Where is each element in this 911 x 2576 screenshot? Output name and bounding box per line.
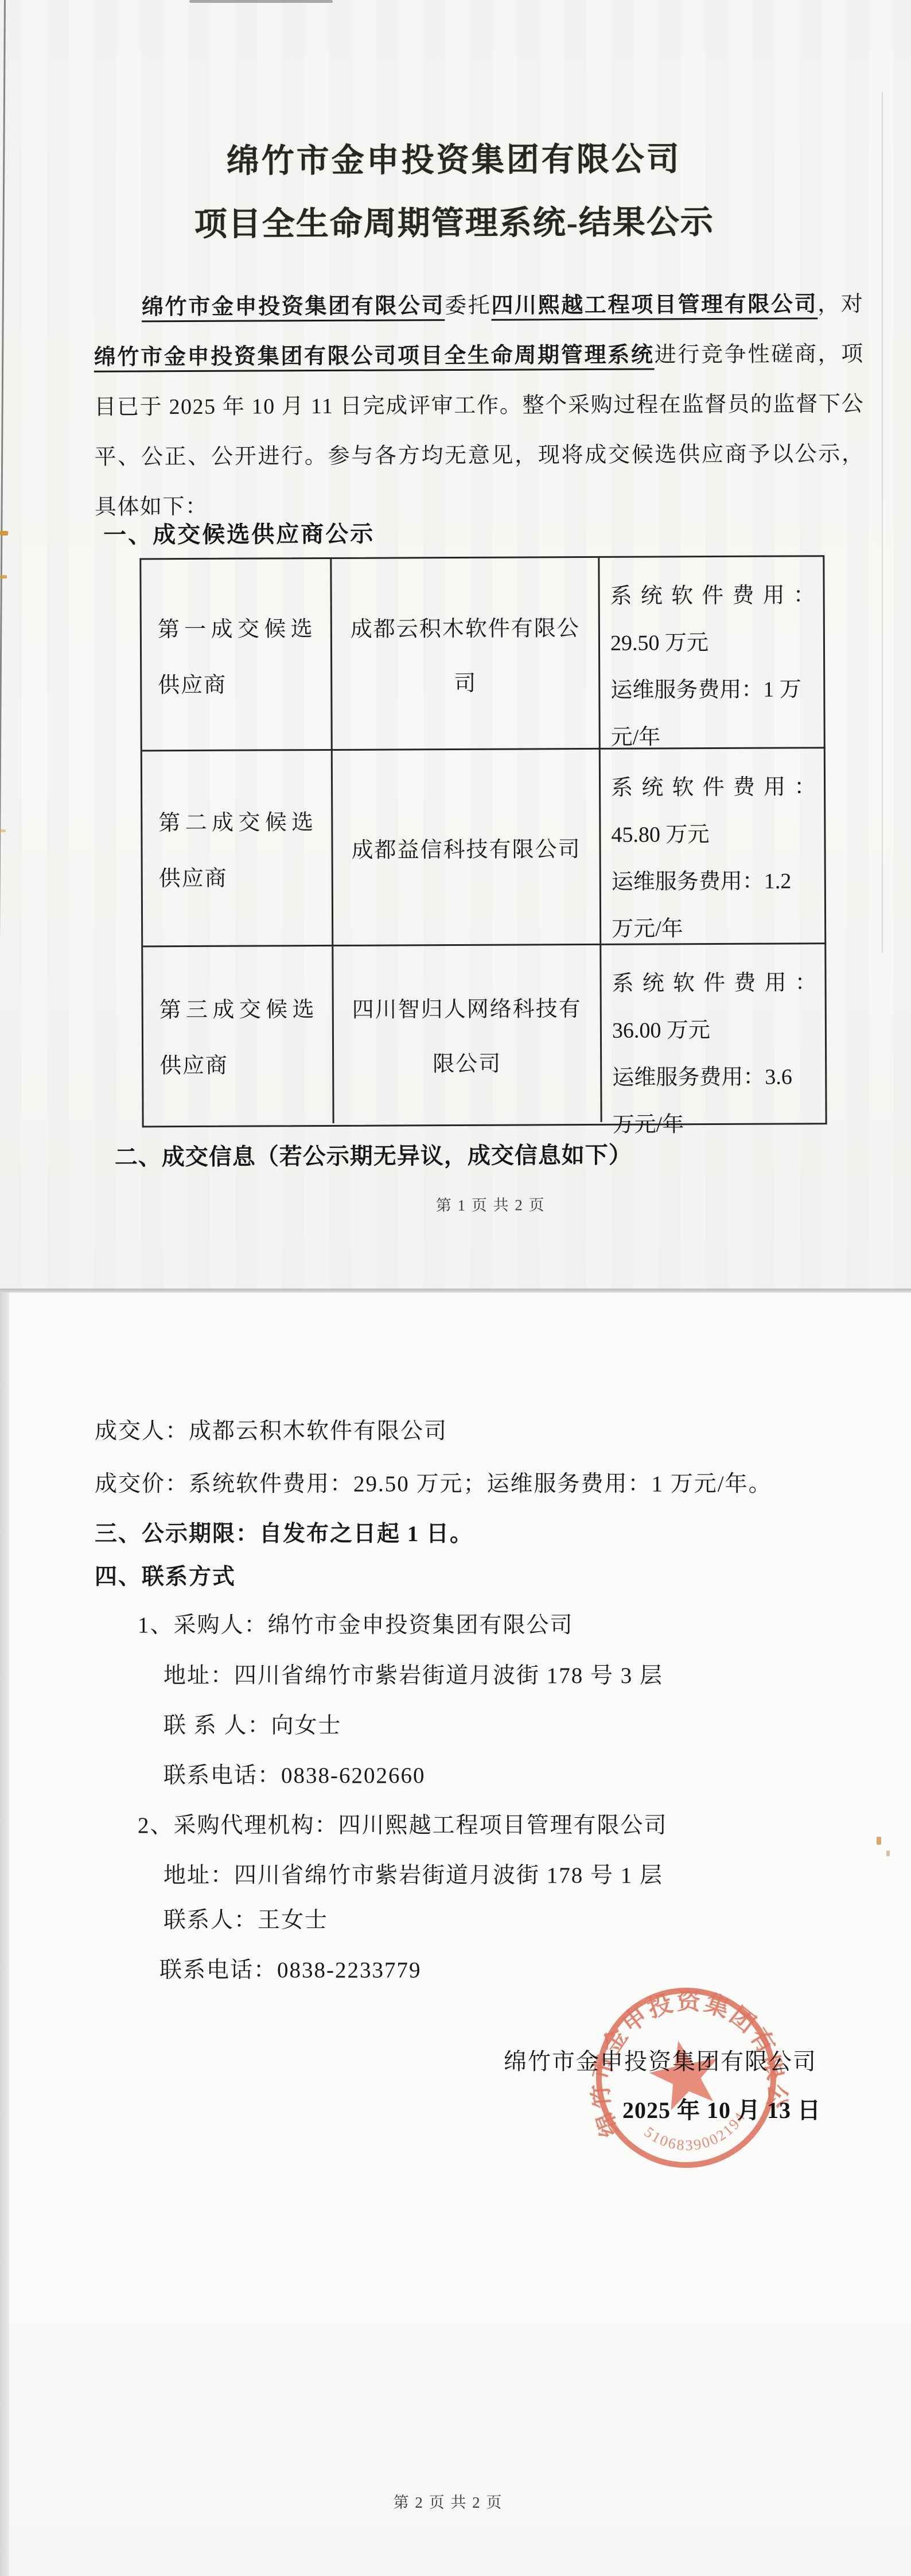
plain-text: ，对	[817, 292, 863, 316]
publicity-period-line: 三、公示期限：自发布之日起 1 日。	[95, 1516, 473, 1548]
company-seal-stamp: 绵竹市金申投资集团有限公司 5106839002194	[570, 1962, 801, 2193]
page-2-footer: 第 2 页 共 2 页	[57, 2490, 839, 2512]
rank-label: 第二成交候选	[158, 804, 331, 836]
price-line: 成交价：系统软件费用：29.50 万元；运维服务费用：1 万元/年。	[95, 1466, 772, 1498]
scanned-announcement-document: 绵竹市金申投资集团有限公司 项目全生命周期管理系统-结果公示 绵竹市金申投资集团…	[0, 0, 911, 2576]
fee-label: 系统软件费用：	[611, 763, 819, 812]
fee-label: 运维服务费用：3.6	[612, 1053, 820, 1101]
section-2-heading: 二、成交信息（若公示期无异议，成交信息如下）	[115, 1137, 632, 1172]
table-row-2-rank-cell: 第二成交候选 供应商	[142, 751, 333, 947]
supplier-name: 成都益信科技有限公司	[351, 831, 581, 864]
buyer-contact-line: 联 系 人：向女士	[163, 1708, 342, 1740]
svg-text:5106839002194: 5106839002194	[639, 2104, 754, 2164]
scan-edge-mark	[877, 1837, 881, 1845]
table-row-3-supplier-cell: 四川智归人网络科技有 限公司	[333, 945, 602, 1123]
buyer-phone-line: 联系电话：0838-6202660	[163, 1758, 426, 1790]
supplier-name: 司	[454, 665, 477, 696]
supplier-name: 四川智归人网络科技有	[352, 991, 582, 1023]
rank-label: 第一成交候选	[158, 610, 330, 642]
section-1-heading: 一、成交候选供应商公示	[103, 516, 375, 550]
page-1-footer: 第 1 页 共 2 页	[72, 1191, 909, 1217]
fee-label: 运维服务费用：1.2	[612, 858, 819, 906]
agency-address-line: 地址：四川省绵竹市紫岩街道月波街 178 号 1 层	[163, 1857, 663, 1890]
buyer-line: 1、采购人：绵竹市金申投资集团有限公司	[138, 1607, 574, 1639]
fee-value: 万元/年	[612, 1100, 820, 1149]
rank-label: 供应商	[158, 666, 330, 698]
agency-name: 四川熙越工程项目管理有限公司	[491, 292, 817, 317]
page-1-content: 绵竹市金申投资集团有限公司 项目全生命周期管理系统-结果公示 绵竹市金申投资集团…	[0, 0, 911, 1290]
table-row-1-fees-cell: 系统软件费用： 29.50 万元 运维服务费用：1 万 元/年	[599, 557, 825, 750]
scan-edge-artifact	[0, 1293, 9, 2576]
agency-line: 2、采购代理机构：四川熙越工程项目管理有限公司	[138, 1807, 668, 1840]
document-title-line1: 绵竹市金申投资集团有限公司	[46, 132, 861, 183]
table-row-1-supplier-cell: 成都云积木软件有限公 司	[332, 558, 600, 751]
rank-label: 供应商	[159, 860, 332, 892]
contact-heading: 四、联系方式	[95, 1559, 236, 1591]
supplier-name: 成都云积木软件有限公	[351, 610, 580, 643]
buyer-address-line: 地址：四川省绵竹市紫岩街道月波街 178 号 3 层	[163, 1658, 663, 1690]
fee-label: 系统软件费用：	[612, 959, 819, 1007]
seal-serial-number: 5106839002194	[639, 2104, 754, 2164]
rank-label: 供应商	[159, 1047, 332, 1079]
buyer-name: 绵竹市金申投资集团有限公司	[142, 294, 445, 319]
page-1: 绵竹市金申投资集团有限公司 项目全生命周期管理系统-结果公示 绵竹市金申投资集团…	[0, 0, 911, 1289]
supplier-name: 限公司	[433, 1046, 501, 1078]
agency-phone-line: 联系电话：0838-2233779	[159, 1952, 422, 1984]
table-row-1-rank-cell: 第一成交候选 供应商	[141, 559, 332, 751]
winner-line: 成交人：成都云积木软件有限公司	[95, 1413, 447, 1445]
table-row-2-supplier-cell: 成都益信科技有限公司	[333, 750, 601, 946]
page-separator	[0, 1289, 911, 1293]
table-row-3-rank-cell: 第三成交候选 供应商	[143, 946, 334, 1124]
intro-paragraph: 绵竹市金申投资集团有限公司委托四川熙越工程项目管理有限公司，对绵竹市金申投资集团…	[94, 280, 865, 533]
seal-star-icon	[644, 2034, 726, 2113]
agency-contact-line: 联系人：王女士	[163, 1902, 328, 1934]
candidate-suppliers-table: 第一成交候选 供应商 成都云积木软件有限公 司 系统软件费用： 29.50 万元…	[139, 555, 827, 1127]
scan-edge-mark	[886, 1850, 890, 1856]
fee-label: 系统软件费用：	[610, 572, 817, 620]
fee-value: 29.50 万元	[610, 619, 818, 667]
table-row-2-fees-cell: 系统软件费用： 45.80 万元 运维服务费用：1.2 万元/年	[601, 748, 826, 945]
fee-value: 45.80 万元	[611, 810, 819, 859]
plain-text: 委托	[445, 294, 491, 318]
fee-label: 运维服务费用：1 万	[610, 666, 818, 714]
project-name: 绵竹市金申投资集团有限公司项目全生命周期管理系统	[94, 343, 655, 369]
page-2: 成交人：成都云积木软件有限公司 成交价：系统软件费用：29.50 万元；运维服务…	[0, 1293, 911, 2576]
rank-label: 第三成交候选	[159, 991, 332, 1023]
document-title-line2: 项目全生命周期管理系统-结果公示	[47, 195, 862, 246]
fee-value: 36.00 万元	[612, 1006, 820, 1054]
table-row-3-fees-cell: 系统软件费用： 36.00 万元 运维服务费用：3.6 万元/年	[601, 944, 827, 1122]
